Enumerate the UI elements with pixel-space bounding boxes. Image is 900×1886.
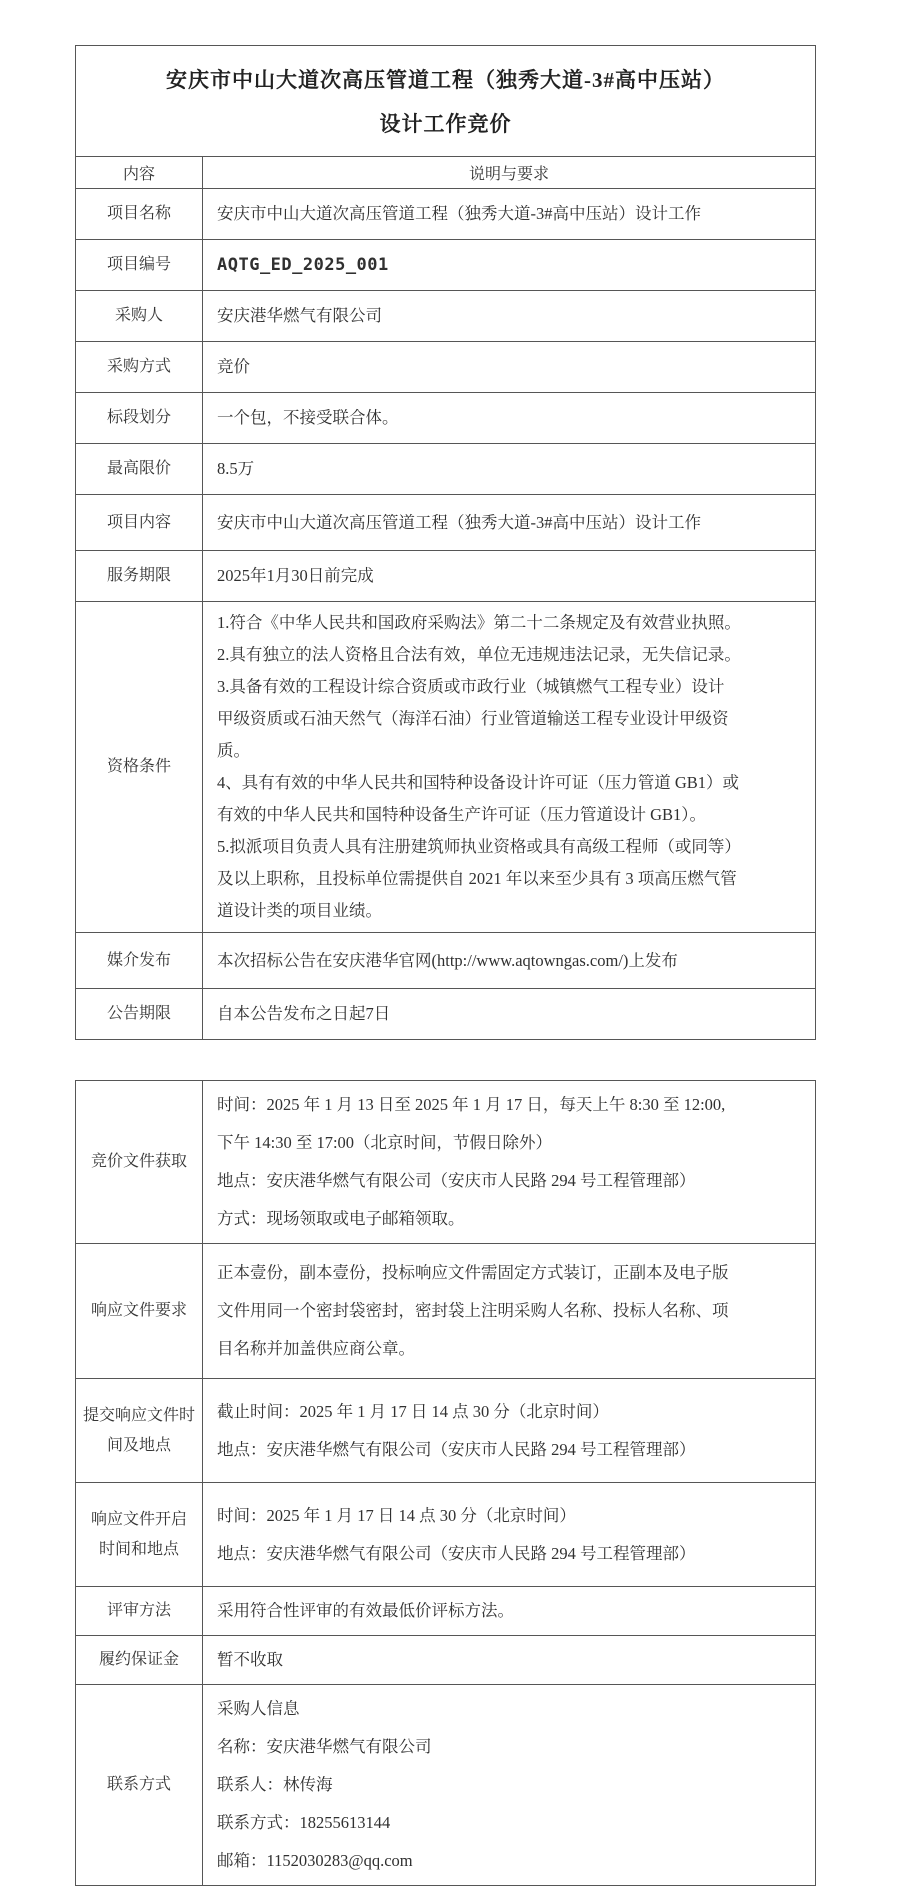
table-row: 评审方法 采用符合性评审的有效最低价评标方法。	[76, 1587, 816, 1636]
text-line: 质。	[217, 735, 805, 767]
text-line: 下午 14:30 至 17:00（北京时间，节假日除外）	[217, 1124, 805, 1162]
row-content-submission-time-place: 截止时间：2025 年 1 月 17 日 14 点 30 分（北京时间）地点：安…	[203, 1379, 816, 1483]
row-content-contact-info: 采购人信息名称：安庆港华燃气有限公司联系人：林传海联系方式：1825561314…	[203, 1685, 816, 1886]
table-row: 服务期限 2025年1月30日前完成	[76, 551, 816, 602]
row-label-service-period: 服务期限	[76, 551, 203, 602]
text-line: 安庆市中山大道次高压管道工程（独秀大道-3#高中压站）	[82, 58, 809, 102]
text-line: 联系方式	[80, 1770, 198, 1800]
table-header-row: 内容 说明与要求	[76, 157, 816, 189]
text-line: 有效的中华人民共和国特种设备生产许可证（压力管道设计 GB1）。	[217, 799, 805, 831]
row-content-document-acquisition: 时间：2025 年 1 月 13 日至 2025 年 1 月 17 日，每天上午…	[203, 1081, 816, 1244]
row-content-notice-period: 自本公告发布之日起7日	[203, 989, 816, 1040]
row-content-procurement-method: 竞价	[203, 342, 816, 393]
title-row: 安庆市中山大道次高压管道工程（独秀大道-3#高中压站）设计工作竞价	[76, 46, 816, 157]
text-line: 地点：安庆港华燃气有限公司（安庆市人民路 294 号工程管理部）	[217, 1535, 805, 1573]
text-line: 项目编号	[80, 250, 198, 280]
text-line: 目名称并加盖供应商公章。	[217, 1330, 805, 1368]
text-line: 媒介发布	[80, 946, 198, 976]
text-line: 4、具有有效的中华人民共和国特种设备设计许可证（压力管道 GB1）或	[217, 767, 805, 799]
text-line: AQTG_ED_2025_001	[217, 245, 805, 285]
text-line: 响应文件要求	[80, 1296, 198, 1326]
row-content-response-requirements: 正本壹份，副本壹份，投标响应文件需固定方式装订，正副本及电子版文件用同一个密封袋…	[203, 1244, 816, 1379]
document-title: 安庆市中山大道次高压管道工程（独秀大道-3#高中压站）设计工作竞价	[76, 46, 816, 157]
text-line: 截止时间：2025 年 1 月 17 日 14 点 30 分（北京时间）	[217, 1393, 805, 1431]
row-content-project-number: AQTG_ED_2025_001	[203, 240, 816, 291]
text-line: 暂不收取	[217, 1641, 805, 1679]
table-row: 采购人 安庆港华燃气有限公司	[76, 291, 816, 342]
text-line: 甲级资质或石油天然气（海洋石油）行业管道输送工程专业设计甲级资	[217, 703, 805, 735]
text-line: 时间和地点	[80, 1535, 198, 1565]
text-line: 1.符合《中华人民共和国政府采购法》第二十二条规定及有效营业执照。	[217, 607, 805, 639]
text-line: 自本公告发布之日起7日	[217, 994, 805, 1034]
bidding-procedure-table: 竞价文件获取 时间：2025 年 1 月 13 日至 2025 年 1 月 17…	[75, 1080, 816, 1886]
text-line: 服务期限	[80, 561, 198, 591]
row-label-purchaser: 采购人	[76, 291, 203, 342]
text-line: 项目名称	[80, 199, 198, 229]
table-row: 公告期限 自本公告发布之日起7日	[76, 989, 816, 1040]
row-label-notice-period: 公告期限	[76, 989, 203, 1040]
text-line: 设计工作竞价	[82, 102, 809, 146]
text-line: 安庆市中山大道次高压管道工程（独秀大道-3#高中压站）设计工作	[217, 503, 805, 543]
text-line: 3.具备有效的工程设计综合资质或市政行业（城镇燃气工程专业）设计	[217, 671, 805, 703]
text-line: 响应文件开启	[80, 1505, 198, 1535]
text-line: 竞价文件获取	[80, 1147, 198, 1177]
row-content-price-ceiling: 8.5万	[203, 444, 816, 495]
text-line: 竞价	[217, 347, 805, 387]
table-row: 联系方式 采购人信息名称：安庆港华燃气有限公司联系人：林传海联系方式：18255…	[76, 1685, 816, 1886]
announcement-table: 安庆市中山大道次高压管道工程（独秀大道-3#高中压站）设计工作竞价 内容 说明与…	[75, 45, 816, 1040]
text-line: 间及地点	[80, 1431, 198, 1461]
table-row: 项目名称 安庆市中山大道次高压管道工程（独秀大道-3#高中压站）设计工作	[76, 189, 816, 240]
text-line: 方式：现场领取或电子邮箱领取。	[217, 1200, 805, 1238]
text-line: 联系人：林传海	[217, 1766, 805, 1804]
text-line: 标段划分	[80, 403, 198, 433]
text-line: 评审方法	[80, 1596, 198, 1626]
table-row: 资格条件 1.符合《中华人民共和国政府采购法》第二十二条规定及有效营业执照。2.…	[76, 602, 816, 933]
row-label-project-number: 项目编号	[76, 240, 203, 291]
text-line: 资格条件	[80, 752, 198, 782]
text-line: 及以上职称，且投标单位需提供自 2021 年以来至少具有 3 项高压燃气管	[217, 863, 805, 895]
text-line: 5.拟派项目负责人具有注册建筑师执业资格或具有高级工程师（或同等）	[217, 831, 805, 863]
text-line: 地点：安庆港华燃气有限公司（安庆市人民路 294 号工程管理部）	[217, 1431, 805, 1469]
text-line: 2025年1月30日前完成	[217, 556, 805, 596]
text-line: 安庆市中山大道次高压管道工程（独秀大道-3#高中压站）设计工作	[217, 194, 805, 234]
header-content-col: 内容	[76, 157, 203, 189]
row-content-evaluation-method: 采用符合性评审的有效最低价评标方法。	[203, 1587, 816, 1636]
text-line: 采购方式	[80, 352, 198, 382]
text-line: 联系方式：18255613144	[217, 1804, 805, 1842]
row-content-service-period: 2025年1月30日前完成	[203, 551, 816, 602]
row-content-qualification: 1.符合《中华人民共和国政府采购法》第二十二条规定及有效营业执照。2.具有独立的…	[203, 602, 816, 933]
table-row: 媒介发布 本次招标公告在安庆港华官网(http://www.aqtowngas.…	[76, 933, 816, 989]
table-row: 响应文件开启时间和地点 时间：2025 年 1 月 17 日 14 点 30 分…	[76, 1483, 816, 1587]
table-row: 项目内容 安庆市中山大道次高压管道工程（独秀大道-3#高中压站）设计工作	[76, 495, 816, 551]
text-line: 履约保证金	[80, 1645, 198, 1675]
text-line: 采用符合性评审的有效最低价评标方法。	[217, 1592, 805, 1630]
text-line: 采购人	[80, 301, 198, 331]
row-label-procurement-method: 采购方式	[76, 342, 203, 393]
text-line: 时间：2025 年 1 月 13 日至 2025 年 1 月 17 日，每天上午…	[217, 1086, 805, 1124]
table-row: 提交响应文件时间及地点 截止时间：2025 年 1 月 17 日 14 点 30…	[76, 1379, 816, 1483]
text-line: 本次招标公告在安庆港华官网(http://www.aqtowngas.com/)…	[217, 941, 805, 981]
table-row: 最高限价 8.5万	[76, 444, 816, 495]
text-line: 最高限价	[80, 454, 198, 484]
row-content-media-release: 本次招标公告在安庆港华官网(http://www.aqtowngas.com/)…	[203, 933, 816, 989]
text-line: 提交响应文件时	[80, 1401, 198, 1431]
bid-announcement-document: 安庆市中山大道次高压管道工程（独秀大道-3#高中压站）设计工作竞价 内容 说明与…	[75, 45, 816, 1886]
text-line: 正本壹份，副本壹份，投标响应文件需固定方式装订，正副本及电子版	[217, 1254, 805, 1292]
text-line: 文件用同一个密封袋密封，密封袋上注明采购人名称、投标人名称、项	[217, 1292, 805, 1330]
text-line: 采购人信息	[217, 1690, 805, 1728]
row-label-project-name: 项目名称	[76, 189, 203, 240]
text-line: 邮箱：1152030283@qq.com	[217, 1842, 805, 1880]
text-line: 道设计类的项目业绩。	[217, 895, 805, 927]
row-label-opening-time-place: 响应文件开启时间和地点	[76, 1483, 203, 1587]
table-row: 履约保证金 暂不收取	[76, 1636, 816, 1685]
row-content-project-name: 安庆市中山大道次高压管道工程（独秀大道-3#高中压站）设计工作	[203, 189, 816, 240]
text-line: 2.具有独立的法人资格且合法有效，单位无违规违法记录，无失信记录。	[217, 639, 805, 671]
row-label-lot-division: 标段划分	[76, 393, 203, 444]
table-row: 标段划分 一个包，不接受联合体。	[76, 393, 816, 444]
row-label-media-release: 媒介发布	[76, 933, 203, 989]
row-label-project-content: 项目内容	[76, 495, 203, 551]
table-row: 采购方式 竞价	[76, 342, 816, 393]
row-content-purchaser: 安庆港华燃气有限公司	[203, 291, 816, 342]
row-label-contact-info: 联系方式	[76, 1685, 203, 1886]
text-line: 名称：安庆港华燃气有限公司	[217, 1728, 805, 1766]
row-content-project-content: 安庆市中山大道次高压管道工程（独秀大道-3#高中压站）设计工作	[203, 495, 816, 551]
text-line: 8.5万	[217, 449, 805, 489]
table-row: 响应文件要求 正本壹份，副本壹份，投标响应文件需固定方式装订，正副本及电子版文件…	[76, 1244, 816, 1379]
row-label-submission-time-place: 提交响应文件时间及地点	[76, 1379, 203, 1483]
row-label-response-requirements: 响应文件要求	[76, 1244, 203, 1379]
text-line: 项目内容	[80, 508, 198, 538]
row-label-document-acquisition: 竞价文件获取	[76, 1081, 203, 1244]
row-content-opening-time-place: 时间：2025 年 1 月 17 日 14 点 30 分（北京时间）地点：安庆港…	[203, 1483, 816, 1587]
row-label-price-ceiling: 最高限价	[76, 444, 203, 495]
row-label-qualification: 资格条件	[76, 602, 203, 933]
text-line: 时间：2025 年 1 月 17 日 14 点 30 分（北京时间）	[217, 1497, 805, 1535]
row-label-evaluation-method: 评审方法	[76, 1587, 203, 1636]
text-line: 一个包，不接受联合体。	[217, 398, 805, 438]
text-line: 安庆港华燃气有限公司	[217, 296, 805, 336]
row-content-performance-bond: 暂不收取	[203, 1636, 816, 1685]
table-row: 竞价文件获取 时间：2025 年 1 月 13 日至 2025 年 1 月 17…	[76, 1081, 816, 1244]
row-content-lot-division: 一个包，不接受联合体。	[203, 393, 816, 444]
text-line: 公告期限	[80, 999, 198, 1029]
header-desc-col: 说明与要求	[203, 157, 816, 189]
text-line: 地点：安庆港华燃气有限公司（安庆市人民路 294 号工程管理部）	[217, 1162, 805, 1200]
row-label-performance-bond: 履约保证金	[76, 1636, 203, 1685]
table-row: 项目编号 AQTG_ED_2025_001	[76, 240, 816, 291]
